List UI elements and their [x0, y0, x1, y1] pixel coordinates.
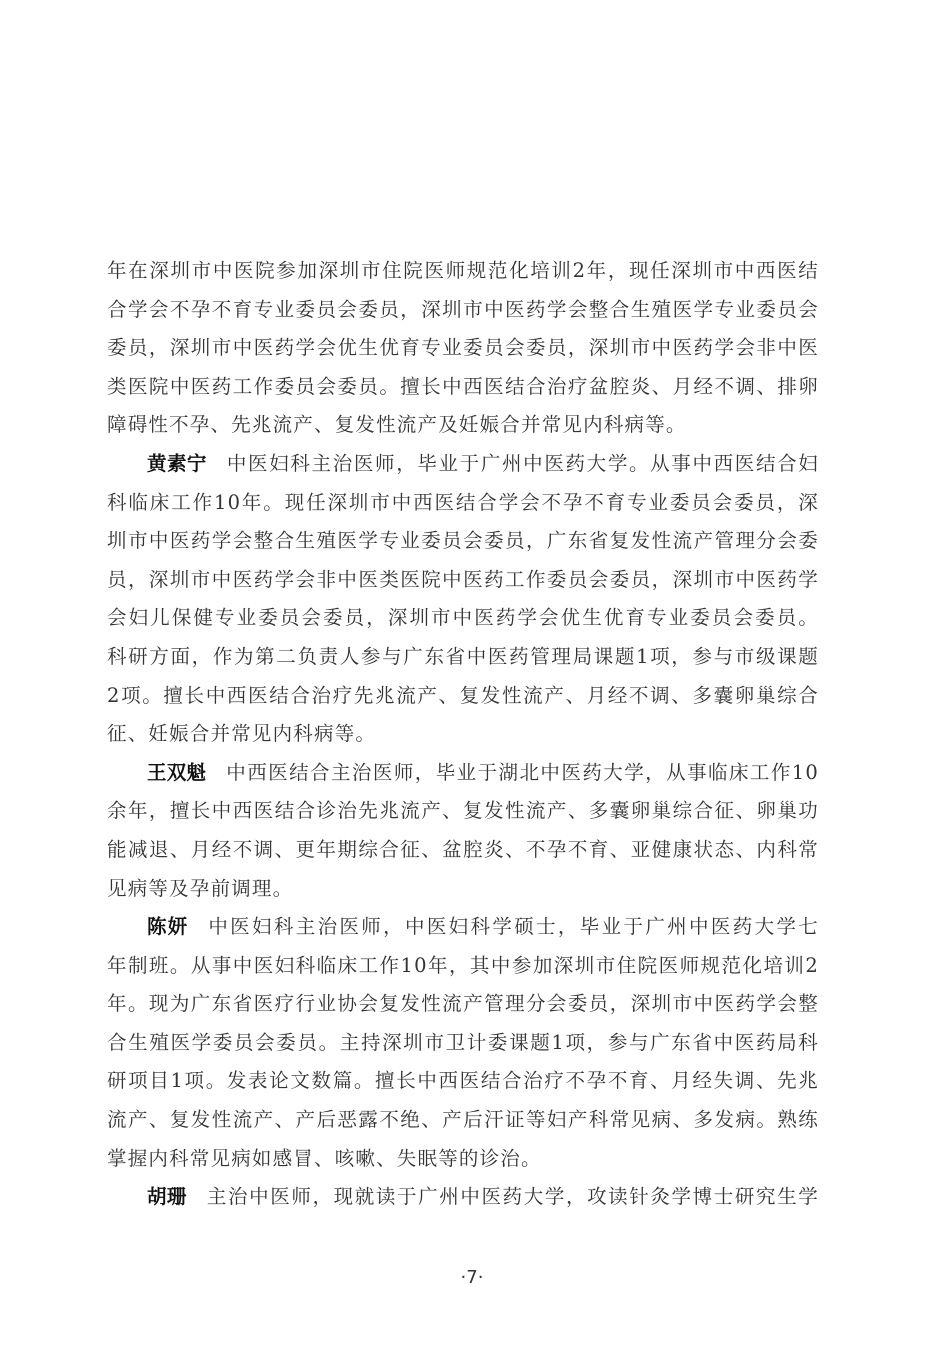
text-line: 类医院中医药工作委员会委员。擅长中西医结合治疗盆腔炎、月经不调、排卵	[107, 368, 819, 407]
text-segment: 中医妇科主治医师，毕业于广州中医药大学。从事中西医结合妇	[227, 452, 819, 475]
person-name: 胡珊	[147, 1185, 187, 1208]
text-line: 研项目1项。发表论文数篇。擅长中西医结合治疗不孕不育、月经失调、先兆	[107, 1062, 819, 1101]
text-line: 科研方面，作为第二负责人参与广东省中医药管理局课题1项，参与市级课题	[107, 638, 819, 677]
text-line: 见病等及孕前调理。	[107, 870, 819, 909]
text-line: 2项。擅长中西医结合治疗先兆流产、复发性流产、月经不调、多囊卵巢综合	[107, 677, 819, 716]
text-line: 年在深圳市中医院参加深圳市住院医师规范化培训2年，现任深圳市中西医结	[107, 252, 819, 291]
text-segment: 主治中医师，现就读于广州中医药大学，攻读针灸学博士研究生学	[207, 1185, 819, 1208]
paragraph-chen-yan: 陈妍中医妇科主治医师，中医妇科学硕士，毕业于广州中医药大学七 年制班。从事中医妇…	[107, 908, 819, 1178]
person-name: 陈妍	[147, 915, 188, 938]
text-line: 委员，深圳市中医药学会优生优育专业委员会委员，深圳市中医药学会非中医	[107, 329, 819, 368]
text-line: 圳市中医药学会整合生殖医学专业委员会委员，广东省复发性流产管理分会委	[107, 522, 819, 561]
document-page: 年在深圳市中医院参加深圳市住院医师规范化培训2年，现任深圳市中西医结 合学会不孕…	[0, 0, 944, 1347]
text-line: 余年，擅长中西医结合诊治先兆流产、复发性流产、多囊卵巢综合征、卵巢功	[107, 792, 819, 831]
paragraph-huang-suning: 黄素宁中医妇科主治医师，毕业于广州中医药大学。从事中西医结合妇 科临床工作10年…	[107, 445, 819, 754]
page-number: ·7·	[0, 1267, 944, 1288]
paragraph-wang-shuangkui: 王双魁中西医结合主治医师，毕业于湖北中医药大学，从事临床工作10 余年，擅长中西…	[107, 754, 819, 908]
text-line: 年制班。从事中医妇科临床工作10年，其中参加深圳市住院医师规范化培训2	[107, 947, 819, 986]
text-line: 会妇儿保健专业委员会委员，深圳市中医药学会优生优育专业委员会委员。	[107, 599, 819, 638]
person-name: 王双魁	[147, 761, 206, 784]
text-line: 征、妊娠合并常见内科病等。	[107, 715, 819, 754]
text-line: 能减退、月经不调、更年期综合征、盆腔炎、不孕不育、亚健康状态、内科常	[107, 831, 819, 870]
text-line: 掌握内科常见病如感冒、咳嗽、失眠等的诊治。	[107, 1140, 819, 1179]
text-line-first: 胡珊主治中医师，现就读于广州中医药大学，攻读针灸学博士研究生学	[107, 1178, 819, 1217]
text-line: 年。现为广东省医疗行业协会复发性流产管理分会委员，深圳市中医药学会整	[107, 985, 819, 1024]
text-line-first: 陈妍中医妇科主治医师，中医妇科学硕士，毕业于广州中医药大学七	[107, 908, 819, 947]
paragraph-hu-shan: 胡珊主治中医师，现就读于广州中医药大学，攻读针灸学博士研究生学	[107, 1178, 819, 1217]
text-line-first: 王双魁中西医结合主治医师，毕业于湖北中医药大学，从事临床工作10	[107, 754, 819, 793]
text-segment: 中西医结合主治医师，毕业于湖北中医药大学，从事临床工作10	[226, 761, 819, 784]
text-line: 障碍性不孕、先兆流产、复发性流产及妊娠合并常见内科病等。	[107, 406, 819, 445]
text-line-first: 黄素宁中医妇科主治医师，毕业于广州中医药大学。从事中西医结合妇	[107, 445, 819, 484]
text-line: 科临床工作10年。现任深圳市中西医结合学会不孕不育专业委员会委员，深	[107, 484, 819, 523]
text-line: 流产、复发性流产、产后恶露不绝、产后汗证等妇产科常见病、多发病。熟练	[107, 1101, 819, 1140]
paragraph-continued: 年在深圳市中医院参加深圳市住院医师规范化培训2年，现任深圳市中西医结 合学会不孕…	[107, 252, 819, 445]
text-line: 合生殖医学委员会委员。主持深圳市卫计委课题1项，参与广东省中医药局科	[107, 1024, 819, 1063]
text-segment: 中医妇科主治医师，中医妇科学硕士，毕业于广州中医药大学七	[208, 915, 819, 938]
body-text: 年在深圳市中医院参加深圳市住院医师规范化培训2年，现任深圳市中西医结 合学会不孕…	[107, 252, 819, 1217]
text-line: 员，深圳市中医药学会非中医类医院中医药工作委员会委员，深圳市中医药学	[107, 561, 819, 600]
text-line: 合学会不孕不育专业委员会委员，深圳市中医药学会整合生殖医学专业委员会	[107, 291, 819, 330]
person-name: 黄素宁	[147, 452, 207, 475]
